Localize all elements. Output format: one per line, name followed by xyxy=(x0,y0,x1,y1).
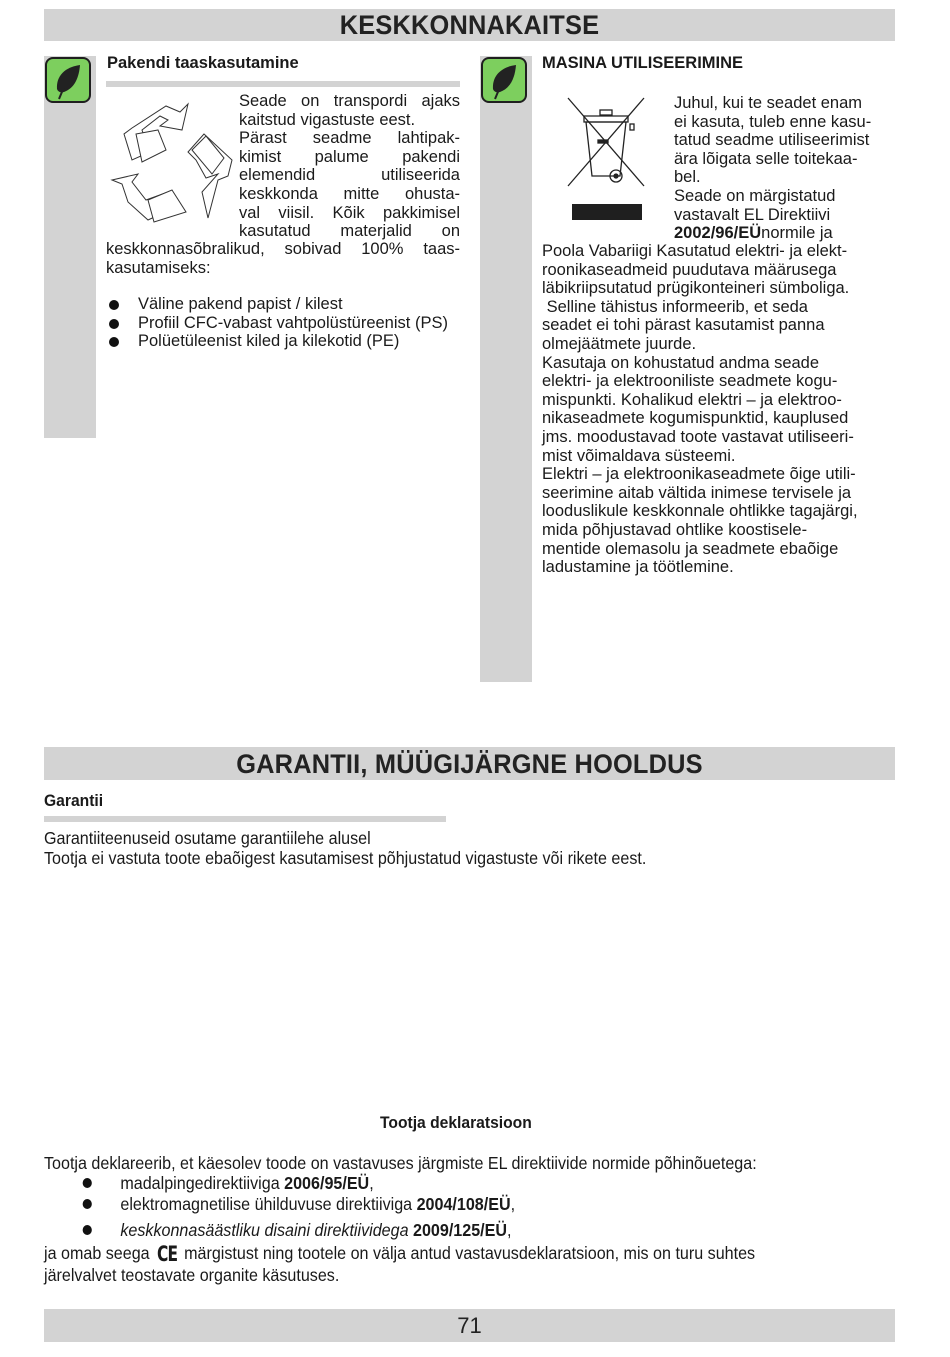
bullet-icon xyxy=(83,1178,92,1188)
right-sidebar-bar xyxy=(480,56,532,682)
packaging-paragraph: Seade on transpordi ajaks kaitstud vigas… xyxy=(239,92,460,241)
ce-mark-icon: CE xyxy=(157,1244,177,1265)
directive-code: 2002/96/EÜ xyxy=(674,224,761,242)
punctuation: , xyxy=(369,1173,373,1193)
leaf-icon xyxy=(481,57,527,103)
directive-line: 2002/96/EÜnormile ja xyxy=(674,224,896,243)
disposal-line: bel. xyxy=(674,168,896,187)
section-title-warranty: GARANTII, MÜÜGIJÄRGNE HOOLDUS xyxy=(70,747,870,779)
disposal-line: Poola Vabariigi Kasutatud elektri- ja el… xyxy=(542,242,898,261)
directive-code: 2009/125/EÜ xyxy=(413,1220,507,1240)
declaration-directive-list: madalpingedirektiiviga 2006/95/EÜ, elekt… xyxy=(44,1173,515,1240)
disposal-line: ladustamine ja töötlemine. xyxy=(542,558,898,577)
packaging-line: keskkonda mitte ohusta- xyxy=(239,185,460,204)
disposal-line: mispunkti. Kohalikud elektri – ja elektr… xyxy=(542,391,898,410)
packaging-line: kaitstud vigastuste eest. xyxy=(239,111,460,130)
warranty-line: Garantiiteenuseid osutame garantiilehe a… xyxy=(44,828,743,848)
disposal-intro: Juhul, kui te seadet enam ei kasuta, tul… xyxy=(674,94,896,243)
disposal-line: Elektri – ja elektroonikaseadmete õige u… xyxy=(542,465,898,484)
packaging-paragraph-tail: keskkonnasõbralikud, sobivad 100% taas-k… xyxy=(106,240,460,277)
closing-line: ja omab seega CE märgistust ning tootele… xyxy=(44,1243,755,1265)
disposal-line: vastavalt EL Direktiivi xyxy=(674,206,896,225)
disposal-line: Selline tähistus informeerib, et seda xyxy=(542,298,898,317)
disposal-line: läbikriipsutatud prügikonteineri sümboli… xyxy=(542,279,898,298)
packaging-line: kimist palume pakendi xyxy=(239,148,460,167)
disposal-line: jms. moodustavad toote vastavat utilisee… xyxy=(542,428,898,447)
disposal-line: tatud seadme utiliseerimist xyxy=(674,131,896,150)
directive-code: 2006/95/EÜ xyxy=(284,1173,369,1193)
packaging-line: kasutatud materjalid on xyxy=(239,222,460,241)
bullet-icon xyxy=(83,1225,92,1235)
directive-name: elektromagnetilise ühilduvuse direktiivi… xyxy=(120,1194,416,1214)
packaging-heading-rule xyxy=(106,81,460,87)
warranty-text: Garantiiteenuseid osutame garantiilehe a… xyxy=(44,828,743,868)
bullet-icon xyxy=(83,1199,92,1209)
disposal-line: ei kasuta, tuleb enne kasu- xyxy=(674,113,896,132)
closing-prefix: ja omab seega xyxy=(44,1243,154,1263)
disposal-line: ära lõigata selle toitekaa- xyxy=(674,150,896,169)
list-item: elektromagnetilise ühilduvuse direktiivi… xyxy=(44,1194,515,1220)
warranty-heading-rule xyxy=(44,816,446,822)
list-item: Profiil CFC-vabast vahtpolüstüreenist (P… xyxy=(106,314,460,333)
left-sidebar-bar xyxy=(44,56,96,438)
directive-name: keskkonnasäästliku disaini direktiivideg… xyxy=(120,1220,413,1240)
disposal-line: Juhul, kui te seadet enam xyxy=(674,94,896,113)
disposal-line: looduslikule keskkonnale ohtlikke tagajä… xyxy=(542,502,898,521)
declaration-closing: ja omab seega CE märgistust ning tootele… xyxy=(44,1243,755,1286)
punctuation: , xyxy=(511,1194,515,1214)
declaration-heading: Tootja deklaratsioon xyxy=(380,1113,532,1133)
recycle-symbol-icon xyxy=(108,100,236,224)
packaging-line: elemendid utiliseerida xyxy=(239,166,460,185)
declaration-intro: Tootja deklareerib, et käesolev toode on… xyxy=(44,1153,757,1173)
directive-name: madalpingedirektiiviga xyxy=(120,1173,284,1193)
disposal-line: mist võimaldava süsteemi. xyxy=(542,447,898,466)
warranty-heading: Garantii xyxy=(44,791,103,811)
directive-suffix: normile ja xyxy=(761,224,833,242)
disposal-line: seerimine aitab vältida inimese tervisel… xyxy=(542,484,898,503)
disposal-line: olmejäätmete juurde. xyxy=(542,335,898,354)
punctuation: , xyxy=(507,1220,511,1240)
packaging-heading: Pakendi taaskasutamine xyxy=(107,54,299,73)
disposal-line: nikaseadmete kogumispunktid, kauplused xyxy=(542,409,898,428)
leaf-icon xyxy=(45,57,91,103)
disposal-line: seadet ei tohi pärast kasutamist panna xyxy=(542,316,898,335)
disposal-line: Kasutaja on kohustatud andma seade xyxy=(542,354,898,373)
page-number: 71 xyxy=(44,1313,895,1339)
disposal-heading: MASINA UTILISEERIMINE xyxy=(542,54,743,73)
packaging-line: Pärast seadme lahtipak- xyxy=(239,129,460,148)
list-item: Väline pakend papist / kilest xyxy=(106,295,460,314)
disposal-body: Poola Vabariigi Kasutatud elektri- ja el… xyxy=(542,242,898,577)
list-item: Polüetüleenist kiled ja kilekotid (PE) xyxy=(106,332,460,351)
crossed-out-wheelie-bin-icon xyxy=(564,94,648,224)
disposal-line: mentide olemasolu ja seadmete ebaõige xyxy=(542,540,898,559)
closing-suffix: märgistust ning tootele on välja antud v… xyxy=(180,1243,755,1263)
packaging-line: Seade on transpordi ajaks xyxy=(239,92,460,111)
list-item: keskkonnasäästliku disaini direktiivideg… xyxy=(44,1220,515,1240)
directive-code: 2004/108/EÜ xyxy=(417,1194,511,1214)
section-title-environment: KESKKONNAKAITSE xyxy=(70,8,870,40)
disposal-line: Seade on märgistatud xyxy=(674,187,896,206)
warranty-line: Tootja ei vastuta toote ebaõigest kasuta… xyxy=(44,848,743,868)
disposal-line: elektri- ja elektrooniliste seadmete kog… xyxy=(542,372,898,391)
disposal-line: mida põhjustavad ohtlike koostisele- xyxy=(542,521,898,540)
packaging-line: val viisil. Kõik pakkimisel xyxy=(239,204,460,223)
list-item: madalpingedirektiiviga 2006/95/EÜ, xyxy=(44,1173,515,1194)
closing-line: järelvalvet teostavate organite käsutuse… xyxy=(44,1265,755,1286)
disposal-line: roonikaseadmeid puudutava määrusega xyxy=(542,261,898,280)
packaging-materials-list: Väline pakend papist / kilest Profiil CF… xyxy=(106,295,460,351)
